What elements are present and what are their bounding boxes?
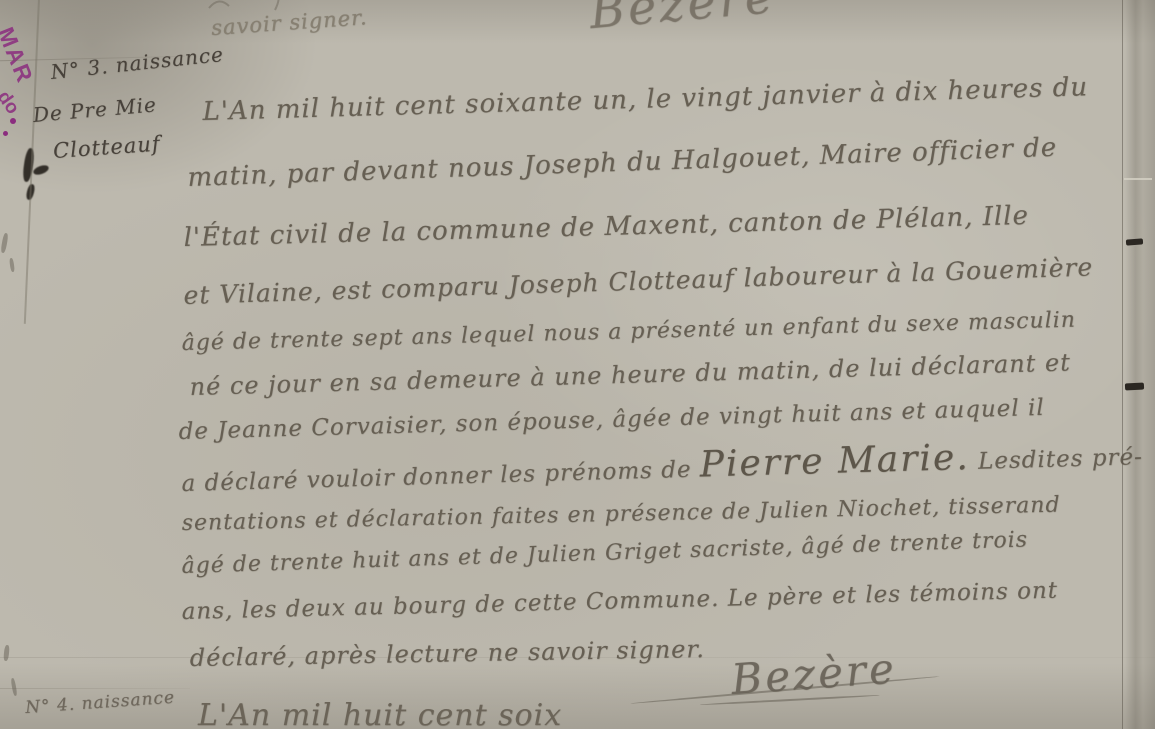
ink-bleed-mark [3,645,10,661]
act-line-prenoms: a déclaré vouloir donner les prénoms de … [181,432,1143,500]
ink-bleed-mark [9,258,15,272]
stamp-dot [3,131,8,136]
prenoms-pre-text: a déclaré vouloir donner les prénoms de [181,457,700,497]
child-given-names: Pierre Marie. [699,437,970,486]
ink-bleed-mark [32,164,50,177]
next-act-opening-line: L'An mil huit cent soix [198,698,562,729]
page-edge-line [1122,0,1123,729]
binding-mark [1126,238,1143,245]
ink-bleed-mark [0,233,8,254]
purple-stamp-fragment: MAR [0,23,39,87]
act-line: et Vilaine, est comparu Joseph Clotteauf… [183,252,1094,310]
act-line: né ce jour en sa demeure à une heure du … [189,348,1071,401]
act-line: âgé de trente sept ans lequel nous a pré… [181,308,1076,356]
act-line: déclaré, après lecture ne savoir signer. [190,635,706,672]
margin-note-surname: Clotteauf [52,132,161,163]
act-line: matin, par devant nous Joseph du Halgoue… [187,133,1058,193]
previous-act-signature: Bezère [587,0,778,40]
margin-note-child-name: De Pre Mie [32,92,158,127]
margin-note-act-number: N° 3. naissance [49,42,224,84]
act-line: ans, les deux au bourg de cette Commune.… [181,578,1058,625]
act-line: L'An mil huit cent soixante un, le vingt… [202,72,1088,127]
purple-stamp-fragment: do [0,87,23,119]
act-line: âgé de trente huit ans et de Julien Grig… [181,527,1028,579]
book-edge-strip [1125,0,1155,729]
margin-note-next-act-number: N° 4. naissance [25,688,176,718]
ink-bleed-mark [10,678,17,696]
binding-mark [1125,383,1144,391]
register-page-scan: savoir signer. Bezère MAR do N° 3. naiss… [0,0,1155,729]
act-line: l'État civil de la commune de Maxent, ca… [183,201,1029,253]
act-line: de Jeanne Corvaisier, son épouse, âgée d… [178,395,1045,445]
stamp-dot [10,118,16,124]
edge-notch [1124,178,1152,180]
prenoms-post-text: Lesdites pré- [969,444,1143,475]
